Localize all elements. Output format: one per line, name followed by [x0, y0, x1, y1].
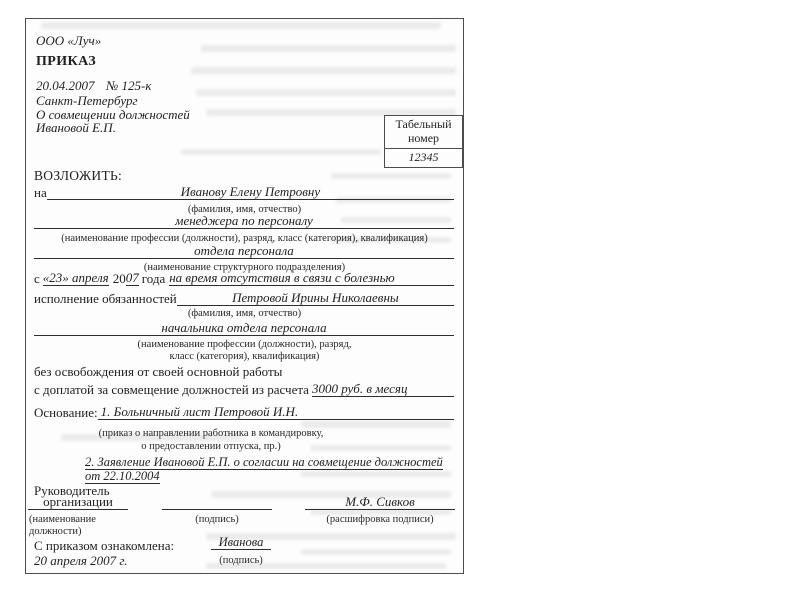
signature-transcript-value: М.Ф. Сивков	[305, 495, 455, 510]
company-name: ООО «Луч»	[36, 33, 101, 48]
scan-bleedthrough-artifact	[41, 22, 441, 29]
period-year-printed: 20	[113, 271, 126, 286]
personnel-number-label: Табельный номер	[385, 116, 462, 149]
period-prefix: с	[34, 271, 40, 286]
assignee-value: Иванову Елену Петровну	[47, 184, 454, 200]
acknowledgment-date: 20 апреля 2007 г.	[34, 553, 128, 568]
basis-item-1: 1. Больничный лист Петровой И.Н.	[98, 404, 454, 420]
personnel-number-value: 12345	[385, 149, 462, 167]
period-line: с «23» апреля 20 07 года на время отсутс…	[34, 271, 454, 286]
document-city: Санкт-Петербург	[36, 93, 138, 108]
assignee-prefix: на	[34, 185, 47, 200]
no-release-clause: без освобождения от своей основной работ…	[34, 364, 282, 379]
order-document-scan: ООО «Луч» ПРИКАЗ 20.04.2007 № 125-к Санк…	[25, 18, 464, 574]
period-year-value: 07	[126, 270, 139, 286]
acknowledgment-label: С приказом ознакомлена:	[34, 538, 174, 553]
subject-line-2: Ивановой Е.П.	[36, 120, 116, 135]
basis-caption-2: о предоставлении отпуска, пр.)	[56, 441, 366, 453]
scan-bleedthrough-artifact	[196, 89, 456, 96]
personnel-number-box: Табельный номер 12345	[384, 115, 463, 168]
payment-line: с доплатой за совмещение должностей из р…	[34, 382, 454, 397]
duties-prefix: исполнение обязанностей	[34, 291, 177, 306]
scan-bleedthrough-artifact	[331, 173, 451, 179]
basis-item-2-date: от 22.10.2004	[85, 469, 160, 483]
department-value: отдела персонала	[34, 243, 454, 259]
scan-bleedthrough-artifact	[191, 67, 456, 74]
signature-caption: (подпись)	[162, 514, 272, 526]
role-caption-line-1: (наименование	[29, 514, 149, 526]
basis-item-2: 2. Заявление Ивановой Е.П. о согласии на…	[85, 455, 443, 469]
order-verb: ВОЗЛОЖИТЬ:	[34, 168, 122, 183]
document-title: ПРИКАЗ	[36, 54, 96, 69]
scan-bleedthrough-artifact	[301, 549, 451, 555]
position-line: менеджера по персоналу	[34, 214, 454, 229]
signature-transcript-caption: (расшифровка подписи)	[305, 514, 455, 526]
duties-caption: (фамилия, имя, отчество)	[26, 308, 463, 320]
signature-blank-line	[162, 495, 272, 510]
blank-rule	[407, 396, 454, 397]
document-number: № 125-к	[106, 78, 151, 93]
role-caption-line-2: должности)	[29, 526, 149, 538]
period-reason: на время отсутствия в связи с болезнью	[169, 270, 394, 286]
basis-caption-1: (приказ о направлении работника в команд…	[56, 428, 366, 440]
acknowledgment-signature-caption: (подпись)	[211, 555, 271, 567]
signatory-role-line-2: организации	[28, 495, 128, 510]
scan-bleedthrough-artifact	[201, 45, 456, 52]
duties-value: Петровой Ирины Николаевны	[177, 290, 454, 306]
payment-prefix: с доплатой за совмещение должностей из р…	[34, 382, 309, 397]
duty-position-caption-2: класс (категория), квалификация)	[26, 351, 463, 363]
duty-position-value: начальника отдела персонала	[34, 320, 454, 336]
basis-label: Основание:	[34, 405, 98, 420]
scan-bleedthrough-artifact	[301, 421, 451, 428]
document-date: 20.04.2007	[36, 78, 95, 93]
scan-bleedthrough-artifact	[301, 471, 451, 477]
duty-position-caption-1: (наименование профессии (должности), раз…	[26, 339, 463, 351]
duty-position-line: начальника отдела персонала	[34, 321, 454, 336]
blank-rule	[395, 285, 454, 286]
period-year-word: года	[142, 271, 166, 286]
basis-line: Основание: 1. Больничный лист Петровой И…	[34, 405, 454, 420]
position-value: менеджера по персоналу	[34, 213, 454, 229]
payment-value: 3000 руб. в месяц	[312, 381, 408, 397]
scan-bleedthrough-artifact	[181, 149, 381, 155]
acknowledgment-signature: Иванова	[211, 535, 271, 550]
scanned-page: ООО «Луч» ПРИКАЗ 20.04.2007 № 125-к Санк…	[0, 0, 800, 600]
duties-line: исполнение обязанностей Петровой Ирины Н…	[34, 291, 454, 306]
assignee-line: на Иванову Елену Петровну	[34, 185, 454, 200]
department-line: отдела персонала	[34, 244, 454, 259]
period-day-month: «23» апреля	[43, 270, 109, 286]
